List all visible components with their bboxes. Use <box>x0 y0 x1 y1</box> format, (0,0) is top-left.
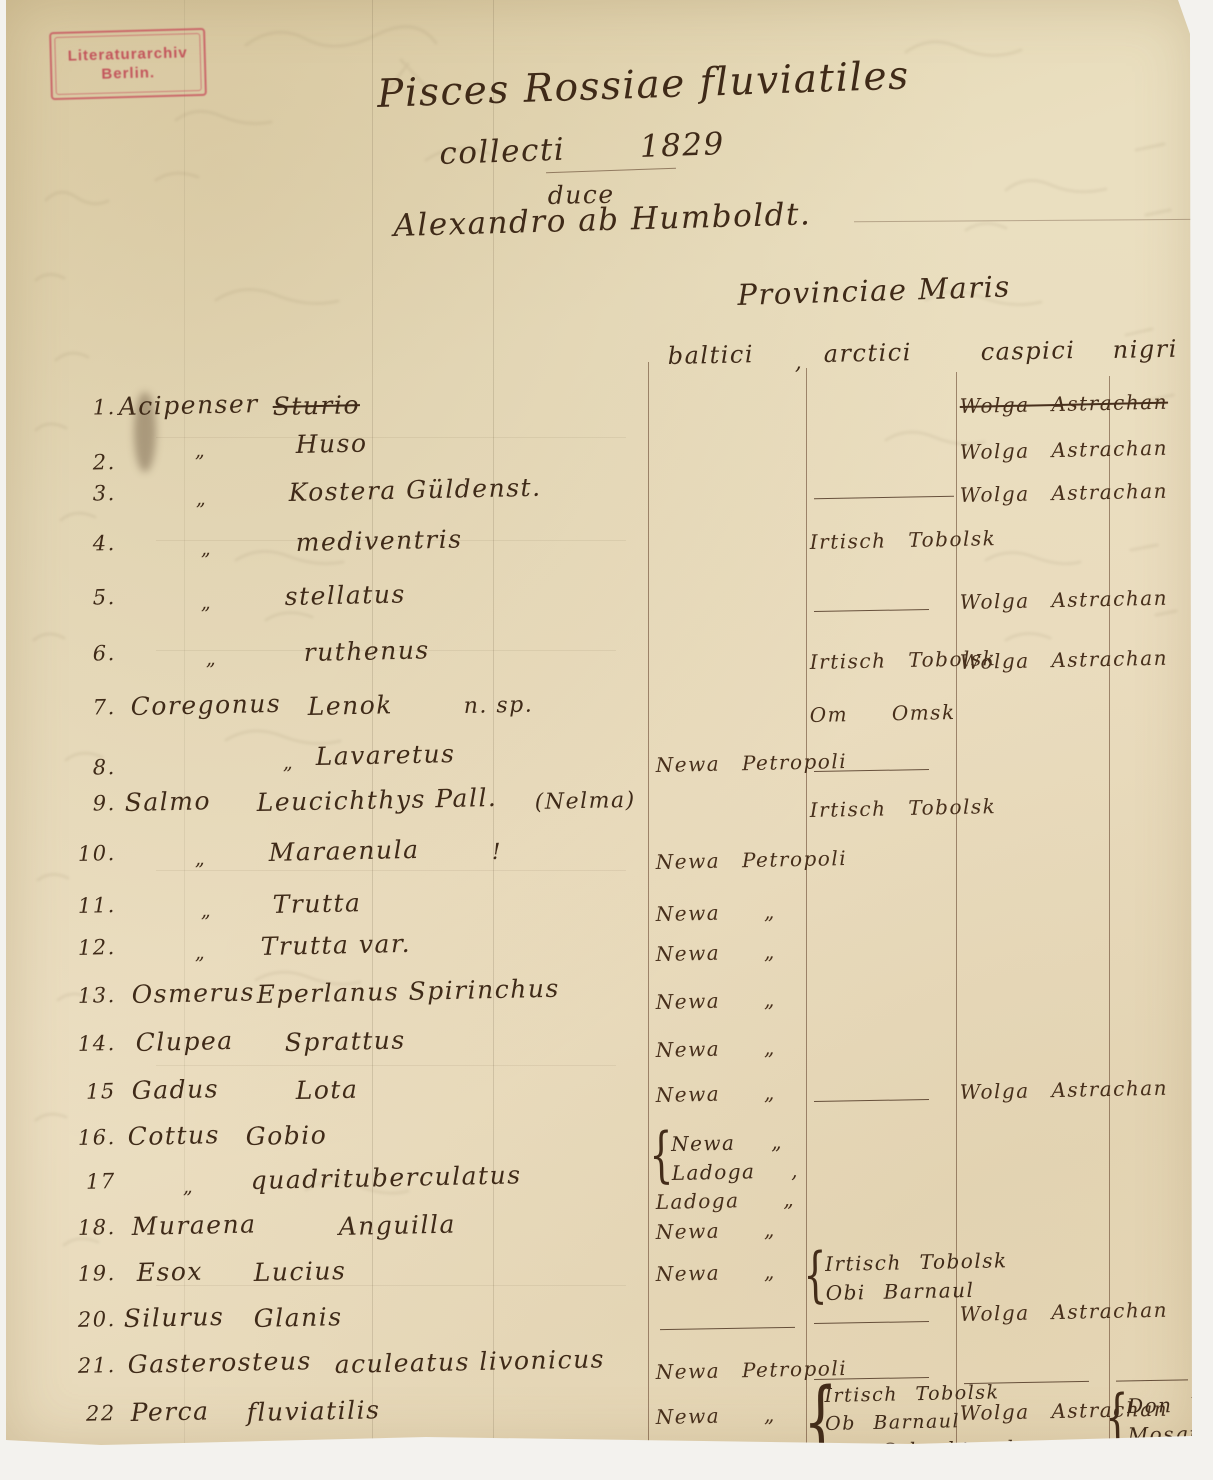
genus-name: Clupea <box>135 1026 234 1057</box>
archive-stamp: Literaturarchiv Berlin. <box>49 28 207 100</box>
column-rule-baltici <box>648 362 649 1446</box>
cell-text-arctici: Irtisch Tobolsk <box>809 794 996 822</box>
row-number: 4. <box>71 531 115 556</box>
row-number: 20. <box>71 1307 115 1332</box>
genus-name: Perca <box>130 1396 209 1427</box>
column-rule-nigri <box>1109 376 1110 1446</box>
row-number: 11. <box>71 893 115 918</box>
species-annotation: ! <box>491 840 502 865</box>
genus-name: Salmo <box>124 786 211 817</box>
cell-text-baltici: Newa „ <box>655 1035 775 1062</box>
species-name: fluviatilis <box>246 1395 380 1427</box>
cell-dash-arctici <box>814 496 954 499</box>
genus-name: Esox <box>136 1257 203 1287</box>
genus-ditto-mark: „ <box>201 592 213 614</box>
species-name: mediventris <box>295 525 462 557</box>
cell-text-caspici: Wolga Astrachan <box>959 390 1168 418</box>
species-name: Lavaretus <box>315 739 455 771</box>
genus-ditto-mark: „ <box>283 752 295 774</box>
column-header-arctici: arctici <box>823 338 912 368</box>
genus-ditto-mark: „ <box>195 848 207 870</box>
row-number: 6. <box>71 641 115 666</box>
row-number: 5. <box>71 585 115 610</box>
cell-text-baltici: Newa Petropoli <box>655 749 847 777</box>
cell-text-caspici: Wolga Astrachan <box>959 436 1168 464</box>
genus-ditto-mark: „ <box>183 1176 195 1198</box>
cell-text-baltici: Newa „ <box>655 899 775 926</box>
genus-name: Muraena <box>131 1209 256 1241</box>
cell-group-arctici: Irtisch Tobolsk Obi Barnaul{ <box>825 1246 1009 1308</box>
species-name: Sturio <box>272 390 360 421</box>
cell-brace: { <box>803 1246 829 1305</box>
genus-ditto-mark: „ <box>201 900 213 922</box>
cell-group-nigri: Don Woronesch Mosqua{ <box>1127 1388 1213 1450</box>
column-header-nigri: nigri <box>1112 335 1178 364</box>
species-name: Lota <box>295 1075 358 1105</box>
archive-stamp-line1: Literaturarchiv <box>67 43 188 65</box>
cell-text-baltici: Newa Petropoli <box>655 846 847 874</box>
row-number: 1. <box>71 395 115 420</box>
genus-name: Silurus <box>123 1302 224 1333</box>
cell-text-caspici: Wolga Astrachan <box>959 479 1168 507</box>
row-number: 10. <box>71 841 115 866</box>
cell-dash-arctici <box>814 1099 929 1102</box>
row-number: 14. <box>71 1031 115 1056</box>
cell-text-caspici: Wolga Astrachan <box>959 646 1168 674</box>
species-name: Anguilla <box>338 1210 456 1241</box>
genus-ditto-mark: „ <box>196 488 208 510</box>
cell-dash-baltici <box>660 1327 795 1330</box>
cell-text-caspici: Wolga Astrachan <box>959 586 1168 614</box>
genus-name: Acipenser <box>118 389 259 421</box>
species-name: quadrituberculatus <box>250 1160 521 1195</box>
title-line-1: Pisces Rossiae fluviatiles <box>376 53 910 117</box>
row-number: 13. <box>71 983 115 1008</box>
genus-name: Gasterosteus <box>127 1346 312 1379</box>
title-underline <box>854 219 1210 222</box>
cell-dash-arctici <box>814 1321 929 1324</box>
row-number: 12. <box>71 935 115 960</box>
row-number: 15 <box>71 1079 115 1104</box>
species-name: Lucius <box>253 1256 346 1287</box>
genus-ditto-mark: „ <box>195 440 207 462</box>
species-name: ruthenus <box>303 635 430 667</box>
genus-ditto-mark: „ <box>195 942 207 964</box>
cell-text-baltici: Newa „ <box>655 1217 775 1244</box>
section-header: Provinciae Maris <box>737 269 1011 312</box>
cell-text-baltici: Newa „ <box>655 1080 775 1107</box>
species-name: Glanis <box>253 1302 342 1333</box>
cell-brace: { <box>649 1126 675 1185</box>
title-flourish <box>546 168 676 174</box>
cell-group-baltici: Newa „ Ladoga ,{ <box>671 1127 800 1188</box>
genus-name: Cottus <box>127 1120 220 1151</box>
genus-name: Coregonus <box>130 689 281 721</box>
cell-text-baltici: Newa „ <box>655 1402 775 1429</box>
species-name: Maraenula <box>268 835 419 867</box>
cell-text-baltici: Newa „ <box>655 1259 775 1286</box>
cell-text-arctici: Om Omsk <box>809 700 955 727</box>
genus-name: Osmerus <box>131 977 255 1009</box>
cell-dash-arctici <box>814 609 929 612</box>
genus-name: Gadus <box>131 1074 219 1105</box>
genus-ditto-mark: „ <box>201 538 213 560</box>
row-number: 18. <box>71 1215 115 1240</box>
row-number: 7. <box>71 695 115 720</box>
row-number: 17 <box>71 1169 115 1194</box>
row-number: 16. <box>71 1125 115 1150</box>
species-name: Lenok <box>307 690 393 721</box>
row-number: 2. <box>71 450 115 475</box>
column-header-separator: , <box>794 350 803 375</box>
species-name: aculeatus livonicus <box>334 1344 605 1379</box>
cell-brace: { <box>802 1378 840 1466</box>
title-line-2: collecti 1829 <box>439 126 726 172</box>
genus-ditto-mark: „ <box>206 648 218 670</box>
species-name: Eperlanus Spirinchus <box>256 974 560 1009</box>
species-name: stellatus <box>284 579 406 611</box>
manuscript-page: Literaturarchiv Berlin. Pisces Rossiae f… <box>6 0 1198 1450</box>
species-name: Trutta var. <box>260 929 411 961</box>
archive-stamp-border: Literaturarchiv Berlin. <box>54 33 202 95</box>
row-number: 19. <box>71 1261 115 1286</box>
species-annotation: n. sp. <box>463 693 533 719</box>
species-name: Trutta <box>272 888 361 919</box>
species-annotation: (Nelma) <box>534 788 635 815</box>
cell-brace: { <box>1105 1388 1131 1447</box>
species-name: Gobio <box>245 1120 327 1151</box>
row-number: 9. <box>71 791 115 816</box>
row-number: 22 <box>71 1401 115 1426</box>
archive-stamp-line2: Berlin. <box>101 63 155 83</box>
cell-text-caspici: Wolga Astrachan <box>959 1076 1168 1104</box>
species-name: Leucichthys Pall. <box>256 783 497 817</box>
cell-text-arctici: Irtisch Tobolsk <box>809 526 996 554</box>
row-number: 3. <box>71 481 115 506</box>
cell-text-caspici: Wolga Astrachan <box>959 1298 1168 1326</box>
column-header-baltici: baltici <box>667 340 754 370</box>
title-line-4: Alexandro ab Humboldt. <box>393 196 812 244</box>
manuscript-scan: Literaturarchiv Berlin. Pisces Rossiae f… <box>0 0 1213 1480</box>
species-name: Sprattus <box>284 1025 406 1057</box>
row-number: 21. <box>71 1353 115 1378</box>
cell-text-baltici: Ladoga „ <box>655 1187 795 1214</box>
species-name: Kostera Güldenst. <box>288 473 541 507</box>
species-name: Huso <box>295 429 367 459</box>
cell-text-baltici: Newa „ <box>655 987 775 1014</box>
column-header-caspici: caspici <box>980 336 1075 366</box>
row-number: 8. <box>71 755 115 780</box>
cell-text-baltici: Newa „ <box>655 939 775 966</box>
